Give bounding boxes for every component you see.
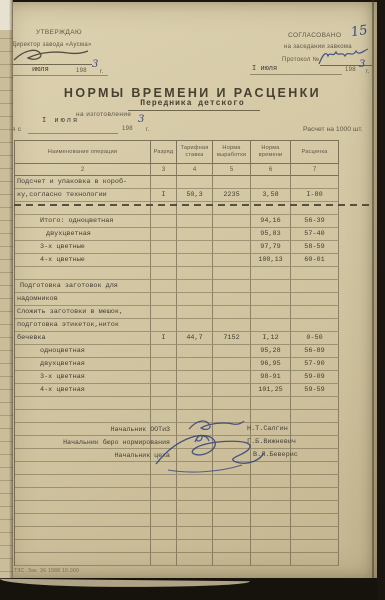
protocol-label: Протокол № (282, 57, 319, 63)
price-cell (291, 280, 339, 293)
grade-cell (151, 306, 177, 319)
agree-year-suffix: г. (366, 69, 370, 75)
agree-date: I июля (252, 65, 277, 73)
op-cell (15, 475, 151, 488)
table-row (15, 267, 339, 280)
time-cell: 101,25 (251, 384, 291, 397)
op-cell: Итого: одноцветная (15, 215, 151, 228)
table-row (15, 540, 339, 553)
op-cell: двухцветная (15, 228, 151, 241)
rate-cell (177, 319, 213, 332)
agree-year-handwritten: 3 (359, 59, 365, 70)
product-name: Передника детского (0, 99, 385, 108)
header-grade: Разряд (151, 141, 177, 164)
rate-cell (177, 358, 213, 371)
table-row: ку,согласно технологииI50,322353,58I-80 (15, 189, 339, 202)
price-cell: 59-59 (291, 384, 339, 397)
time-cell (251, 176, 291, 189)
time-cell (251, 527, 291, 540)
grade-cell (151, 384, 177, 397)
op-cell (15, 410, 151, 423)
rate-cell: 44,7 (177, 332, 213, 345)
op-cell (15, 527, 151, 540)
col-num: 4 (177, 164, 213, 176)
table-row: Подсчет и упаковка в короб- (15, 176, 339, 189)
output-cell (213, 319, 251, 332)
price-cell (291, 475, 339, 488)
price-cell (291, 501, 339, 514)
op-cell: Подготовка заготовок для (15, 280, 151, 293)
rate-cell (177, 371, 213, 384)
time-cell (251, 293, 291, 306)
table-row (15, 527, 339, 540)
op-cell: 3-х цветная (15, 371, 151, 384)
price-cell (291, 540, 339, 553)
col-num: 3 (151, 164, 177, 176)
op-cell: ку,согласно технологии (15, 189, 151, 202)
grade-cell (151, 280, 177, 293)
price-cell: 59-09 (291, 371, 339, 384)
op-cell (15, 462, 151, 475)
book-edge-strip (0, 0, 13, 578)
op-cell: 3-х цветные (15, 241, 151, 254)
rate-cell (177, 267, 213, 280)
op-cell (15, 540, 151, 553)
time-cell: 100,13 (251, 254, 291, 267)
time-cell: 97,79 (251, 241, 291, 254)
approve-date-line (12, 75, 108, 76)
price-cell (291, 319, 339, 332)
approve-title: УТВЕРЖДАЮ (36, 29, 82, 36)
rate-cell (177, 293, 213, 306)
scanned-document: УТВЕРЖДАЮ Директор завода «Аусма» июля 1… (0, 0, 385, 600)
table-row (15, 488, 339, 501)
time-cell (251, 475, 291, 488)
price-cell (291, 176, 339, 189)
op-cell: бечевка (15, 332, 151, 345)
op-cell: надомников (15, 293, 151, 306)
output-cell (213, 306, 251, 319)
table-row (15, 475, 339, 488)
dashed-separator (14, 204, 374, 206)
handwritten-page-number: 15 (350, 23, 369, 40)
output-cell (213, 345, 251, 358)
grade-cell (151, 553, 177, 566)
time-cell: 96,95 (251, 358, 291, 371)
time-cell (251, 553, 291, 566)
rate-cell (177, 176, 213, 189)
grade-cell (151, 514, 177, 527)
table-row: 4-х цветная101,2559-59 (15, 384, 339, 397)
rate-cell (177, 488, 213, 501)
time-cell (251, 488, 291, 501)
output-cell (213, 553, 251, 566)
output-cell (213, 176, 251, 189)
time-cell (251, 410, 291, 423)
col-num: 6 (251, 164, 291, 176)
approve-year-handwritten: 3 (92, 59, 98, 70)
page-right-edge (372, 0, 374, 578)
grade-cell (151, 475, 177, 488)
effective-year-suffix: г. (146, 127, 150, 133)
time-cell (251, 397, 291, 410)
table-row: 4-х цветные100,1360-01 (15, 254, 339, 267)
rate-cell (177, 384, 213, 397)
agree-year: 198 (345, 67, 356, 73)
signature-role: Начальник бюро нормирования (14, 436, 170, 449)
grade-cell (151, 345, 177, 358)
rate-cell (177, 553, 213, 566)
rate-cell (177, 527, 213, 540)
print-imprint: ТЗС. Зак. 36 1988 10.000 (14, 568, 79, 574)
price-cell (291, 267, 339, 280)
output-cell (213, 358, 251, 371)
grade-cell (151, 176, 177, 189)
grade-cell (151, 293, 177, 306)
op-cell: подготовка этикеток,ниток (15, 319, 151, 332)
time-cell: 95,28 (251, 345, 291, 358)
output-cell: 2235 (213, 189, 251, 202)
grade-cell (151, 488, 177, 501)
binding-crease (9, 0, 13, 578)
op-cell: Подсчет и упаковка в короб- (15, 176, 151, 189)
op-cell (15, 514, 151, 527)
header-tariff-rate: Тарифная ставка (177, 141, 213, 164)
op-cell: двухцветная (15, 358, 151, 371)
rate-cell (177, 501, 213, 514)
price-cell (291, 514, 339, 527)
price-cell (291, 488, 339, 501)
grade-cell: I (151, 189, 177, 202)
output-cell (213, 501, 251, 514)
time-cell (251, 501, 291, 514)
price-cell: I-80 (291, 189, 339, 202)
table-row: 3-х цветные97,7958-59 (15, 241, 339, 254)
right-dark-edge (377, 0, 385, 600)
made-for-label: на изготовление (76, 111, 131, 118)
op-cell (15, 501, 151, 514)
grade-cell (151, 410, 177, 423)
rate-cell (177, 514, 213, 527)
table-header-row: Наименование операции Разряд Тарифная ст… (15, 141, 339, 164)
output-cell (213, 267, 251, 280)
output-cell (213, 384, 251, 397)
op-cell: одноцветная (15, 345, 151, 358)
rate-cell (177, 345, 213, 358)
grade-cell (151, 254, 177, 267)
header-price: Расценка (291, 141, 339, 164)
output-cell (213, 488, 251, 501)
price-cell: 56-39 (291, 215, 339, 228)
price-cell (291, 410, 339, 423)
rate-cell (177, 215, 213, 228)
rate-cell (177, 540, 213, 553)
grade-cell (151, 540, 177, 553)
table-row (15, 410, 339, 423)
time-cell (251, 540, 291, 553)
op-cell (15, 267, 151, 280)
header-time-norm: Норма времени (251, 141, 291, 164)
output-cell (213, 527, 251, 540)
output-cell (213, 540, 251, 553)
table-row: Итого: одноцветная94,1656-39 (15, 215, 339, 228)
price-cell: 0-50 (291, 332, 339, 345)
table-row: подготовка этикеток,ниток (15, 319, 339, 332)
col-num: 2 (15, 164, 151, 176)
effective-year: 198 (122, 126, 133, 132)
price-cell (291, 553, 339, 566)
rate-cell (177, 397, 213, 410)
approve-month: июля (32, 66, 49, 74)
table-body: Подсчет и упаковка в короб-ку,согласно т… (15, 176, 339, 566)
workshop-signature-ink (148, 424, 270, 476)
output-cell (213, 475, 251, 488)
output-cell (213, 397, 251, 410)
table-row: двухцветная95,8357-40 (15, 228, 339, 241)
time-cell: 95,83 (251, 228, 291, 241)
grade-cell (151, 215, 177, 228)
column-numbers-row: 2 3 4 5 6 7 (15, 164, 339, 176)
price-cell (291, 293, 339, 306)
output-cell (213, 228, 251, 241)
col-num: 5 (213, 164, 251, 176)
time-cell: I,12 (251, 332, 291, 345)
table-row: одноцветная95,2856-89 (15, 345, 339, 358)
op-cell: Сложить заготовки в мешок, (15, 306, 151, 319)
grade-cell: I (151, 332, 177, 345)
output-cell (213, 254, 251, 267)
table-row (15, 397, 339, 410)
output-cell: 7152 (213, 332, 251, 345)
price-cell (291, 306, 339, 319)
grade-cell (151, 371, 177, 384)
grade-cell (151, 241, 177, 254)
price-cell: 57-40 (291, 228, 339, 241)
calc-per-1000-label: Расчет на 1000 шт. (303, 126, 363, 133)
grade-cell (151, 358, 177, 371)
grade-cell (151, 397, 177, 410)
price-cell: 56-89 (291, 345, 339, 358)
director-signature-ink (10, 44, 92, 66)
price-cell (291, 462, 339, 475)
op-cell: 4-х цветная (15, 384, 151, 397)
agree-date-line (250, 74, 342, 75)
output-cell (213, 293, 251, 306)
time-cell: 98-91 (251, 371, 291, 384)
document-title: НОРМЫ ВРЕМЕНИ И РАСЦЕНКИ (0, 86, 385, 100)
price-cell: 57-90 (291, 358, 339, 371)
effective-date: I июля (42, 117, 79, 125)
table-row (15, 553, 339, 566)
price-cell: 58-59 (291, 241, 339, 254)
rate-cell (177, 241, 213, 254)
approve-sign-line (12, 64, 92, 65)
op-cell: 4-х цветные (15, 254, 151, 267)
time-cell (251, 280, 291, 293)
rate-cell (177, 228, 213, 241)
rate-cell (177, 280, 213, 293)
rate-cell: 50,3 (177, 189, 213, 202)
table-row: бечевкаI44,77152I,120-50 (15, 332, 339, 345)
effective-date-line (28, 133, 118, 134)
time-cell (251, 267, 291, 280)
table-row (15, 514, 339, 527)
table-row (15, 501, 339, 514)
time-cell (251, 306, 291, 319)
time-cell (251, 319, 291, 332)
rate-cell (177, 475, 213, 488)
header-operation: Наименование операции (15, 141, 151, 164)
output-cell (213, 241, 251, 254)
approve-year: 198 (76, 68, 87, 74)
col-num: 7 (291, 164, 339, 176)
agree-title: СОГЛАСОВАНО (288, 32, 341, 39)
effective-year-handwritten: 3 (138, 114, 144, 125)
table-row: Подготовка заготовок для (15, 280, 339, 293)
op-cell (15, 397, 151, 410)
time-cell: 94,16 (251, 215, 291, 228)
grade-cell (151, 228, 177, 241)
time-cell (251, 514, 291, 527)
rate-cell (177, 306, 213, 319)
op-cell (15, 553, 151, 566)
op-cell (15, 488, 151, 501)
output-cell (213, 371, 251, 384)
header-output-norm: Норма выработки (213, 141, 251, 164)
grade-cell (151, 527, 177, 540)
output-cell (213, 215, 251, 228)
output-cell (213, 514, 251, 527)
price-cell (291, 397, 339, 410)
output-cell (213, 280, 251, 293)
table-row: надомников (15, 293, 339, 306)
table-row: Сложить заготовки в мешок, (15, 306, 339, 319)
grade-cell (151, 319, 177, 332)
grade-cell (151, 267, 177, 280)
table-row: двухцветная96,9557-90 (15, 358, 339, 371)
time-cell: 3,58 (251, 189, 291, 202)
price-cell: 60-01 (291, 254, 339, 267)
table-row: 3-х цветная98-9159-09 (15, 371, 339, 384)
price-cell (291, 527, 339, 540)
grade-cell (151, 501, 177, 514)
product-fill-line (128, 110, 260, 111)
rate-cell (177, 254, 213, 267)
